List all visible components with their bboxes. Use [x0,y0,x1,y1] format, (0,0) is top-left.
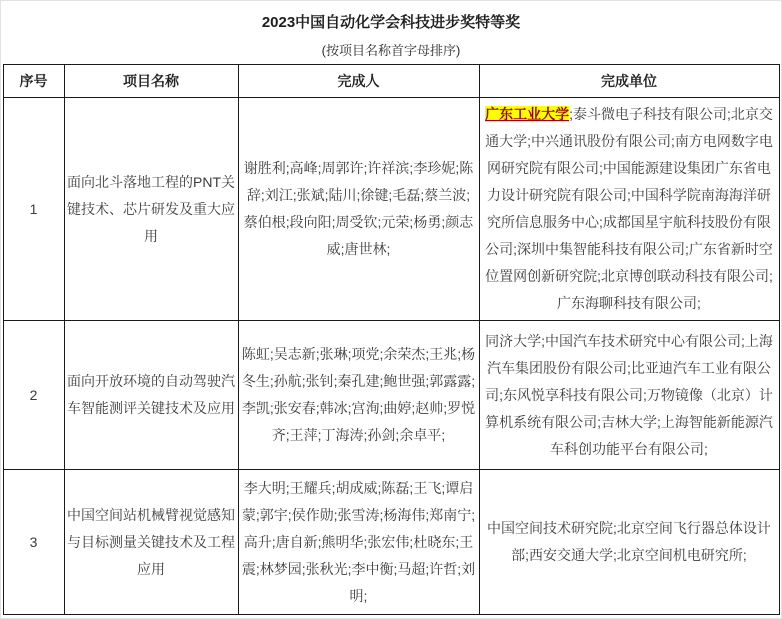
cell-project: 中国空间站机械臂视觉感知与目标测量关键技术及工程应用 [64,470,238,615]
header-row: 序号 项目名称 完成人 完成单位 [3,65,779,98]
cell-units: 同济大学;中国汽车技术研究中心有限公司;上海汽车集团股份有限公司;比亚迪汽车工业… [479,321,779,470]
page-subtitle: (按项目名称首字母排序) [1,43,781,59]
table-row: 1 面向北斗落地工程的PNT关键技术、芯片研发及重大应用 谢胜利;高峰;周郭许;… [3,98,779,321]
document-page: 2023中国自动化学会科技进步奖特等奖 (按项目名称首字母排序) 序号 项目名称… [0,0,782,619]
header-units: 完成单位 [479,65,779,98]
header-people: 完成人 [238,65,479,98]
table-row: 2 面向开放环境的自动驾驶汽车智能测评关键技术及应用 陈虹;吴志新;张琳;项党;… [3,321,779,470]
cell-units: 广东工业大学;泰斗微电子科技有限公司;北京交通大学;中兴通讯股份有限公司;南方电… [479,98,779,321]
cell-units: 中国空间技术研究院;北京空间飞行器总体设计部;西安交通大学;北京空间机电研究所; [479,470,779,615]
page-title: 2023中国自动化学会科技进步奖特等奖 [1,14,781,32]
cell-project: 面向开放环境的自动驾驶汽车智能测评关键技术及应用 [64,321,238,470]
cell-units-rest: ;泰斗微电子科技有限公司;北京交通大学;中兴通讯股份有限公司;南方电网数字电网研… [485,106,773,311]
cell-project: 面向北斗落地工程的PNT关键技术、芯片研发及重大应用 [64,98,238,321]
header-project: 项目名称 [64,65,238,98]
cell-people: 陈虹;吴志新;张琳;项党;余荣杰;王兆;杨冬生;孙航;张钊;秦孔建;鲍世强;郭露… [238,321,479,470]
table-row: 3 中国空间站机械臂视觉感知与目标测量关键技术及工程应用 李大明;王耀兵;胡成威… [3,470,779,615]
cell-index: 1 [3,98,64,321]
cell-index: 2 [3,321,64,470]
cell-index: 3 [3,470,64,615]
highlighted-university: 广东工业大学 [485,106,569,122]
cell-people: 谢胜利;高峰;周郭许;许祥滨;李珍妮;陈辞;刘江;张斌;陆川;徐键;毛磊;蔡兰波… [238,98,479,321]
awards-table: 序号 项目名称 完成人 完成单位 1 面向北斗落地工程的PNT关键技术、芯片研发… [3,64,780,615]
header-index: 序号 [3,65,64,98]
cell-people: 李大明;王耀兵;胡成威;陈磊;王飞;谭启蒙;郭宇;侯作勋;张雪涛;杨海伟;郑南宁… [238,470,479,615]
